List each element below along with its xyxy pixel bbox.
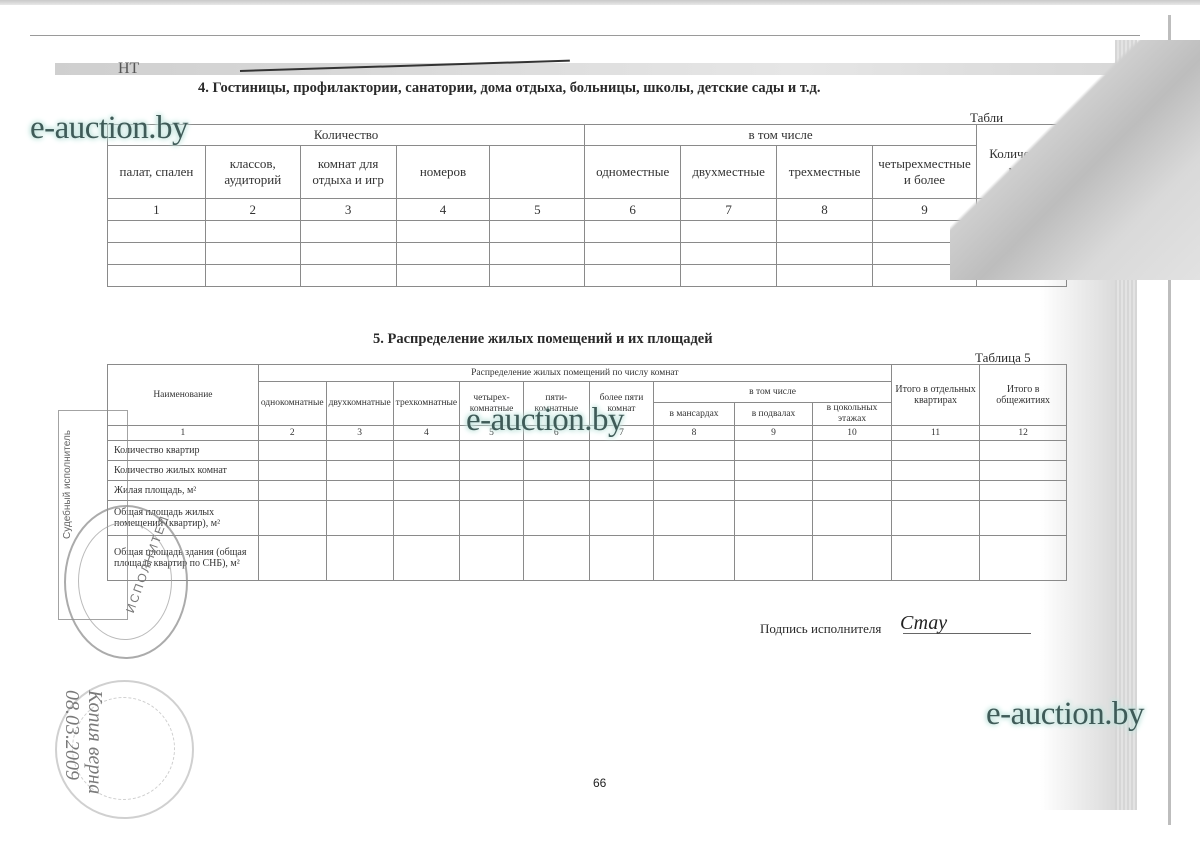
- table-row: [108, 265, 1067, 287]
- empty-cell: [589, 461, 654, 481]
- empty-cell: [258, 481, 326, 501]
- empty-cell: [460, 501, 524, 536]
- table-row: Количество квартир: [108, 441, 1067, 461]
- scan-top-edge: [0, 0, 1200, 5]
- column-number: 5: [490, 199, 585, 221]
- column-number: 11: [891, 426, 979, 441]
- empty-cell: [891, 441, 979, 461]
- column-header: палат, спален: [108, 146, 206, 199]
- header-name: Наименование: [108, 365, 259, 426]
- section4-title: 4. Гостиницы, профилактории, санатории, …: [198, 80, 820, 97]
- empty-cell: [654, 441, 735, 461]
- column-number: 9: [734, 426, 812, 441]
- empty-cell: [734, 501, 812, 536]
- table-row: [108, 243, 1067, 265]
- empty-cell: [396, 265, 490, 287]
- watermark: e-auction.by: [986, 696, 1144, 733]
- empty-cell: [460, 536, 524, 581]
- empty-cell: [300, 221, 396, 243]
- empty-cell: [980, 501, 1067, 536]
- column-header: двухместные: [681, 146, 777, 199]
- scan-gray-band: [55, 63, 1115, 75]
- empty-cell: [873, 243, 977, 265]
- header-distribution: Распределение жилых помещений по числу к…: [258, 365, 891, 382]
- empty-cell: [326, 501, 393, 536]
- scan-right-border: [1168, 15, 1171, 825]
- empty-cell: [460, 481, 524, 501]
- empty-cell: [654, 536, 735, 581]
- header-attics: в мансардах: [654, 403, 735, 426]
- empty-cell: [980, 536, 1067, 581]
- empty-cell: [523, 501, 589, 536]
- empty-cell: [891, 481, 979, 501]
- column-header: классов, аудиторий: [205, 146, 300, 199]
- empty-cell: [654, 501, 735, 536]
- empty-cell: [460, 461, 524, 481]
- empty-cell: [777, 243, 873, 265]
- table-4: Количество в том числе Количество мест п…: [107, 124, 1067, 287]
- empty-cell: [585, 221, 681, 243]
- empty-cell: [326, 461, 393, 481]
- row-label: Жилая площадь, м²: [108, 481, 259, 501]
- watermark: e-auction.by: [466, 402, 624, 439]
- column-number: 10: [813, 426, 892, 441]
- empty-cell: [205, 265, 300, 287]
- empty-cell: [589, 536, 654, 581]
- empty-cell: [523, 481, 589, 501]
- column-number: 1: [108, 199, 206, 221]
- empty-cell: [891, 501, 979, 536]
- column-number-row: 12345678910: [108, 199, 1067, 221]
- empty-cell: [813, 536, 892, 581]
- column-number: 8: [777, 199, 873, 221]
- empty-cell: [589, 481, 654, 501]
- column-header: [490, 146, 585, 199]
- empty-cell: [108, 243, 206, 265]
- empty-cell: [205, 221, 300, 243]
- page-number: 66: [593, 776, 606, 790]
- table-row: Общая площадь здания (общая площадь квар…: [108, 536, 1067, 581]
- table-row: Количество жилых комнат: [108, 461, 1067, 481]
- empty-cell: [258, 501, 326, 536]
- empty-cell: [976, 243, 1066, 265]
- empty-cell: [980, 461, 1067, 481]
- empty-cell: [585, 243, 681, 265]
- empty-cell: [891, 461, 979, 481]
- empty-cell: [108, 265, 206, 287]
- column-number: 4: [396, 199, 490, 221]
- empty-cell: [258, 461, 326, 481]
- column-number: 3: [326, 426, 393, 441]
- empty-cell: [813, 441, 892, 461]
- empty-cell: [681, 265, 777, 287]
- handwritten-certification: Копия верна 08.03.2009: [60, 690, 106, 849]
- empty-cell: [523, 441, 589, 461]
- empty-cell: [490, 221, 585, 243]
- header-basements: в подвалах: [734, 403, 812, 426]
- column-number: 7: [681, 199, 777, 221]
- column-number: 2: [205, 199, 300, 221]
- empty-cell: [734, 441, 812, 461]
- scan-right-shade: [1115, 40, 1137, 810]
- signature-label: Подпись исполнителя: [760, 621, 881, 637]
- empty-cell: [681, 243, 777, 265]
- watermark: e-auction.by: [30, 110, 188, 147]
- empty-cell: [205, 243, 300, 265]
- row-label: Количество жилых комнат: [108, 461, 259, 481]
- empty-cell: [523, 536, 589, 581]
- column-header: одноместные: [585, 146, 681, 199]
- header-mark: НТ: [118, 60, 139, 78]
- empty-cell: [734, 536, 812, 581]
- empty-cell: [980, 441, 1067, 461]
- column-number: 8: [654, 426, 735, 441]
- header-two-room: двухкомнатные: [326, 382, 393, 426]
- empty-cell: [734, 481, 812, 501]
- table-row: Общая площадь жилых помещений (квартир),…: [108, 501, 1067, 536]
- table-5: Наименование Распределение жилых помещен…: [107, 364, 1067, 581]
- empty-cell: [777, 221, 873, 243]
- empty-cell: [326, 536, 393, 581]
- empty-cell: [393, 441, 459, 461]
- column-header: комнат для отдыха и игр: [300, 146, 396, 199]
- column-number: 9: [873, 199, 977, 221]
- empty-cell: [976, 221, 1066, 243]
- empty-cell: [258, 536, 326, 581]
- empty-cell: [300, 265, 396, 287]
- empty-cell: [300, 243, 396, 265]
- column-number: 1: [108, 426, 259, 441]
- empty-cell: [813, 501, 892, 536]
- row-label: Количество квартир: [108, 441, 259, 461]
- header-total-dormitories: Итого в общежитиях: [980, 365, 1067, 426]
- empty-cell: [326, 481, 393, 501]
- header-including: в том числе: [654, 382, 892, 403]
- empty-cell: [654, 481, 735, 501]
- header-three-room: трехкомнатные: [393, 382, 459, 426]
- column-header: четырехместные и более: [873, 146, 977, 199]
- column-number: 2: [258, 426, 326, 441]
- empty-cell: [980, 481, 1067, 501]
- empty-cell: [396, 221, 490, 243]
- empty-cell: [393, 461, 459, 481]
- empty-cell: [777, 265, 873, 287]
- empty-cell: [326, 441, 393, 461]
- column-number: 12: [980, 426, 1067, 441]
- header-one-room: однокомнатные: [258, 382, 326, 426]
- empty-cell: [460, 441, 524, 461]
- empty-cell: [589, 501, 654, 536]
- empty-cell: [813, 481, 892, 501]
- column-header: трехместные: [777, 146, 873, 199]
- column-header: номеров: [396, 146, 490, 199]
- empty-cell: [589, 441, 654, 461]
- signature: Стаy: [900, 612, 947, 635]
- empty-cell: [873, 221, 977, 243]
- empty-cell: [813, 461, 892, 481]
- column-number: 4: [393, 426, 459, 441]
- empty-cell: [891, 536, 979, 581]
- table-row: Жилая площадь, м²: [108, 481, 1067, 501]
- column-number: 3: [300, 199, 396, 221]
- column-number: 10: [976, 199, 1066, 221]
- empty-cell: [393, 481, 459, 501]
- table-row: [108, 221, 1067, 243]
- section5-title: 5. Распределение жилых помещений и их пл…: [373, 331, 713, 348]
- header-ground-floors: в цокольных этажах: [813, 403, 892, 426]
- empty-cell: [258, 441, 326, 461]
- empty-cell: [654, 461, 735, 481]
- column-number: 6: [585, 199, 681, 221]
- empty-cell: [396, 243, 490, 265]
- header-places: Количество мест: [976, 125, 1066, 199]
- empty-cell: [490, 243, 585, 265]
- empty-cell: [976, 265, 1066, 287]
- empty-cell: [108, 221, 206, 243]
- empty-cell: [490, 265, 585, 287]
- empty-cell: [585, 265, 681, 287]
- scan-line: [30, 35, 1140, 36]
- stamp-rect-text: Судебный исполнитель: [62, 430, 73, 539]
- empty-cell: [734, 461, 812, 481]
- empty-cell: [393, 501, 459, 536]
- header-total-apartments: Итого в отдельных квартирах: [891, 365, 979, 426]
- header-including: в том числе: [585, 125, 977, 146]
- empty-cell: [873, 265, 977, 287]
- empty-cell: [523, 461, 589, 481]
- empty-cell: [393, 536, 459, 581]
- empty-cell: [681, 221, 777, 243]
